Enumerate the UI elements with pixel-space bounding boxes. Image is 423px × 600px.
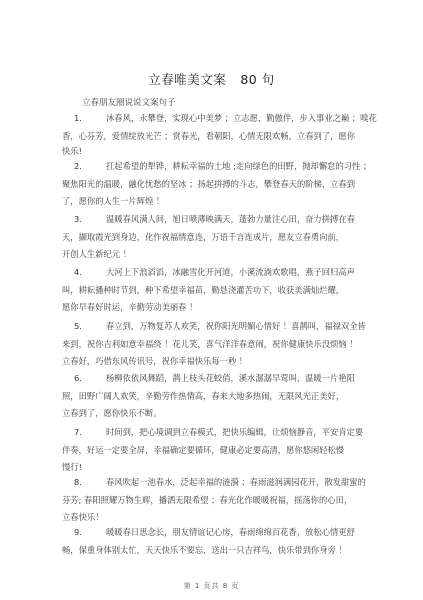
item-line: 2.扛起希望的犁铧，耕耘幸福的土地 ;走向绿色的田野，抛却懈怠的习性 ； (62, 158, 382, 176)
item-line: 天，撷取霞光到身边，化作祝福情意连，万语千言连成片，愿友立春勇向前， (62, 229, 382, 247)
item-line: 立春到了，愿你快乐不断。 (62, 405, 382, 423)
item-index: 6. (74, 370, 106, 388)
item-index: 7. (74, 424, 106, 442)
item-text: 扛起希望的犁铧，耕耘幸福的土地 ;走向绿色的田野，抛却懈怠的习性 ； (106, 161, 371, 171)
list-item: 2.扛起希望的犁铧，耕耘幸福的土地 ;走向绿色的田野，抛却懈怠的习性 ； 聚焦阳… (62, 158, 382, 211)
document-page: 立春唯美文案80 句 立春朋友圈说说文案句子 1.沐春风，永攀登，实现心中美梦 … (0, 0, 423, 600)
item-line: 聚焦阳光的温暖，融化忧愁的坚冰 ；扬起拼搏的斗志，攀登春天的阶梯，立春到 (62, 176, 382, 194)
page-number: 第 1 页共 8 页 (0, 581, 423, 591)
list-item: 8.春风吹起一池春水，泛起幸福的涟漪 ；春雨滋润满园花开，散发甜蜜的 芬芳; 春… (62, 474, 382, 527)
item-line: 7.时间到，把心境调到立春模式，把快乐编辑，让烦恼静音，平安肯定要 (62, 424, 382, 442)
item-text: 春立到，万物复苏人欢笑，祝你阳光明媚心情好 ！喜鹊叫，福禄双全皆 (106, 321, 366, 331)
item-line: 叫，耕耘播种时节到，种下希望幸福苗，勤恳浇灌苦功下，收获美满灿烂耀， (62, 282, 382, 300)
title-count: 80 句 (240, 72, 274, 87)
item-line: 5.春立到，万物复苏人欢笑，祝你阳光明媚心情好 ！喜鹊叫，福禄双全皆 (62, 318, 382, 336)
item-line: 9.暖暖春日思念长，朋友情谊记心房，春雨绵绵百花香，放松心情更舒 (62, 524, 382, 542)
item-index: 5. (74, 318, 106, 336)
item-index: 8. (74, 474, 106, 492)
item-text: 春风吹起一池春水，泛起幸福的涟漪 ；春雨滋润满园花开，散发甜蜜的 (106, 477, 366, 487)
item-line: 畅，保重身体别太忙，天天快乐不要忘，送出一只吉祥鸟，快乐带到你身旁 ！ (62, 542, 382, 560)
item-text: 温暖春风满人间，旭日喷薄映满天，蓬勃力量注心田，奋力拼搏在春 (106, 214, 355, 224)
list-item: 7.时间到，把心境调到立春模式，把快乐编辑，让烦恼静音，平安肯定要 伴奏，好运一… (62, 424, 382, 477)
item-line: 快乐! (62, 145, 382, 158)
document-subtitle: 立春朋友圈说说文案句子 (82, 96, 176, 108)
item-index: 3. (74, 211, 106, 229)
item-line: 6.杨柳依依风舞蹈，鹊上枝头花蛟俏，溪水潺潺早莺叫，温暖一片艳阳 (62, 370, 382, 388)
item-line: 开创人生新纪元 ！ (62, 246, 382, 264)
item-line: 了，愿你的人生一片辉煌 ！ (62, 193, 382, 211)
item-line: 3.温暖春风满人间，旭日喷薄映满天，蓬勃力量注心田，奋力拼搏在春 (62, 211, 382, 229)
item-line: 香，心芬芳，爱情绽放光芒 ；赏春光，看朝阳，心情无限欢畅，立春到了，愿你 (62, 128, 382, 146)
item-line: 1.沐春风，永攀登，实现心中美梦 ；立志愿，勤傲伴，步入事业之巅 ；嗅花 (62, 110, 382, 128)
list-item: 9.暖暖春日思念长，朋友情谊记心房，春雨绵绵百花香，放松心情更舒 畅，保重身体别… (62, 524, 382, 559)
item-text: 大河上下浪滔滔，冰融雪化开河道，小溪流淌欢歌唱，燕子回归高声 (106, 267, 355, 277)
document-title: 立春唯美文案80 句 (0, 70, 423, 88)
item-text: 暖暖春日思念长，朋友情谊记心房，春雨绵绵百花香，放松心情更舒 (106, 527, 355, 537)
item-line: 立春好，巧借东风传讯号，祝你幸福快乐每一秒 ！ (62, 353, 382, 371)
item-text: 沐春风，永攀登，实现心中美梦 ；立志愿，勤傲伴，步入事业之巅 ；嗅花 (106, 113, 377, 123)
item-index: 4. (74, 264, 106, 282)
item-line: 来到，祝你吉利如意幸福绕 ！花儿笑，喜气洋洋春意闹，祝你健康快乐没烦恼 ！ (62, 336, 382, 354)
item-line: 照，田野广阔人欢笑，辛勤劳作热情高，春来大地多热闹，无限风光正美好， (62, 388, 382, 406)
list-item: 4.大河上下浪滔滔，冰融雪化开河道，小溪流淌欢歌唱，燕子回归高声 叫，耕耘播种时… (62, 264, 382, 317)
list-item: 1.沐春风，永攀登，实现心中美梦 ；立志愿，勤傲伴，步入事业之巅 ；嗅花 香，心… (62, 110, 382, 158)
item-index: 9. (74, 524, 106, 542)
item-line: 愿你早春好时运，辛勤劳动美丽春 ！ (62, 299, 382, 317)
title-text: 立春唯美文案 (148, 72, 226, 87)
list-item: 5.春立到，万物复苏人欢笑，祝你阳光明媚心情好 ！喜鹊叫，福禄双全皆 来到，祝你… (62, 318, 382, 371)
item-line: 伴奏，好运一定要全屏，幸福确定要循环，健康必定要高清，愿你悠闲轻松慢 (62, 442, 382, 460)
item-text: 时间到，把心境调到立春模式，把快乐编辑，让烦恼静音，平安肯定要 (106, 427, 363, 437)
item-index: 2. (74, 158, 106, 176)
list-item: 6.杨柳依依风舞蹈，鹊上枝头花蛟俏，溪水潺潺早莺叫，温暖一片艳阳 照，田野广阔人… (62, 370, 382, 423)
item-text: 杨柳依依风舞蹈，鹊上枝头花蛟俏，溪水潺潺早莺叫，温暖一片艳阳 (106, 373, 355, 383)
item-line: 4.大河上下浪滔滔，冰融雪化开河道，小溪流淌欢歌唱，燕子回归高声 (62, 264, 382, 282)
list-item: 3.温暖春风满人间，旭日喷薄映满天，蓬勃力量注心田，奋力拼搏在春 天，撷取霞光到… (62, 211, 382, 264)
item-line: 芬芳; 春阳照耀万物生辉，播洒无限希望 ；春光化作暖暖祝福，摇荡你的心田， (62, 492, 382, 510)
item-line: 8.春风吹起一池春水，泛起幸福的涟漪 ；春雨滋润满园花开，散发甜蜜的 (62, 474, 382, 492)
item-index: 1. (74, 110, 106, 128)
